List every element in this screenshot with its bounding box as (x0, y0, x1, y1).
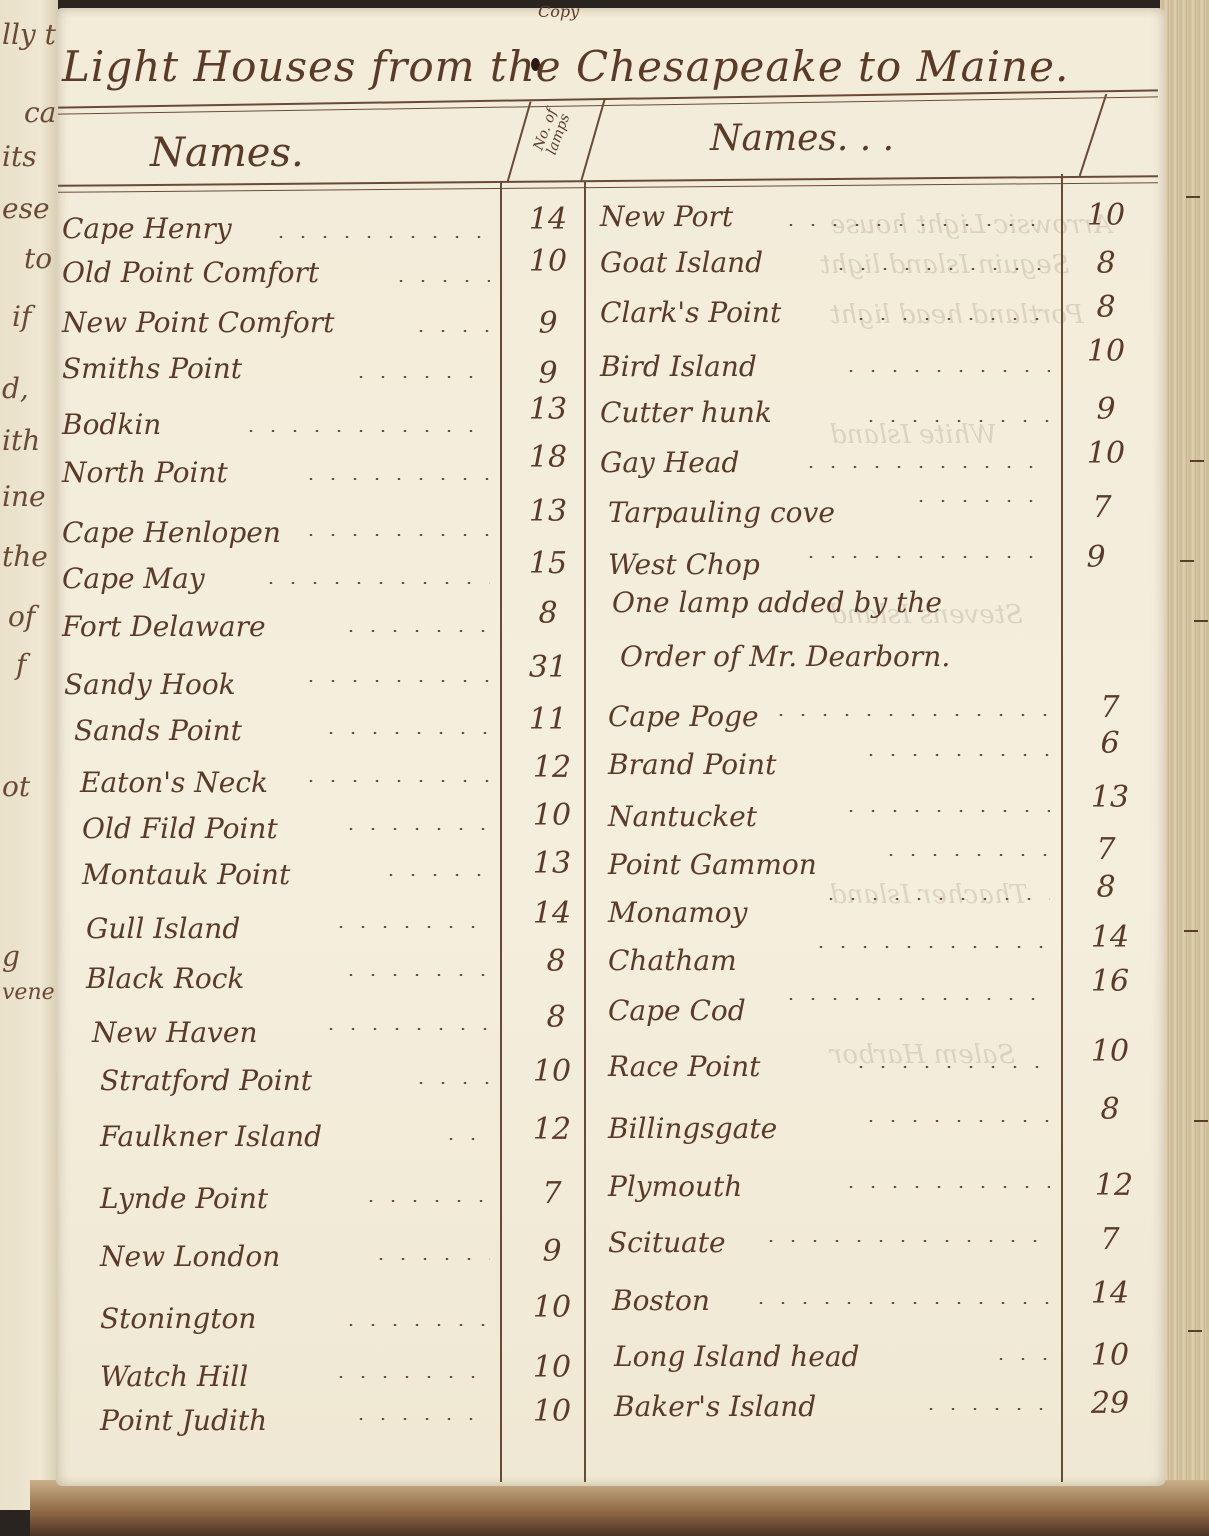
left-row-name: Lynde Point (100, 1182, 268, 1215)
left-row-lamps: 8 (518, 596, 578, 631)
right-row-lamps: 7 (1080, 1222, 1140, 1257)
left-row-name: Faulkner Island (100, 1120, 322, 1153)
right-row-name: Baker's Island (614, 1390, 816, 1423)
right-row-lamps: 7 (1072, 490, 1132, 525)
left-row-name: Old Fild Point (82, 812, 278, 845)
right-row-name: Tarpauling cove (608, 496, 835, 529)
prev-page-text: ith (2, 424, 40, 457)
right-row-lamps: 7 (1076, 832, 1136, 867)
left-row-lamps: 9 (518, 306, 578, 341)
right-row-name: Chatham (608, 944, 737, 977)
left-row-name: North Point (62, 456, 228, 489)
prev-page-text: lly t (2, 18, 56, 51)
right-row-lamps: 10 (1076, 436, 1136, 471)
left-row-lamps: 15 (518, 546, 578, 581)
left-row-lamps: 11 (518, 702, 578, 737)
left-row-name: Sands Point (74, 714, 242, 747)
right-row-name: Race Point (608, 1050, 760, 1083)
left-row-lamps: 10 (522, 1394, 582, 1429)
prev-page-text: d, (2, 372, 29, 405)
right-row-name: Nantucket (608, 800, 757, 833)
right-row-name: Billingsgate (608, 1112, 777, 1145)
right-row-lamps: 10 (1076, 198, 1136, 233)
right-row-lamps: 14 (1080, 1276, 1140, 1311)
right-row-lamps: 12 (1084, 1168, 1144, 1203)
right-row-name: Brand Point (608, 748, 776, 781)
right-row-lamps: 13 (1080, 780, 1140, 815)
right-row-name: Monamoy (608, 896, 747, 929)
left-row-name: New Haven (92, 1016, 257, 1049)
left-row-lamps: 12 (522, 1112, 582, 1147)
prev-page-text: f (16, 648, 26, 681)
right-row-lamps: 10 (1080, 1338, 1140, 1373)
lamps-column-left-rule (500, 182, 502, 1482)
left-row-name: Black Rock (86, 962, 244, 995)
note-line-1: One lamp added by the (612, 586, 942, 619)
prev-page-text: ot (2, 770, 30, 803)
left-row-lamps: 10 (522, 1350, 582, 1385)
right-row-lamps: 16 (1080, 964, 1140, 999)
right-row-lamps: 6 (1080, 726, 1140, 761)
right-row-name: Cutter hunk (600, 396, 772, 429)
left-row-name: Stratford Point (100, 1064, 312, 1097)
right-lamps-column-rule (1061, 174, 1063, 1482)
right-row-name: Goat Island (600, 246, 763, 279)
right-row-name: Gay Head (600, 446, 739, 479)
right-row-lamps: 8 (1076, 246, 1136, 281)
left-row-lamps: 9 (522, 1234, 582, 1269)
left-row-lamps: 13 (518, 494, 578, 529)
previous-page-fragment: lly t ca its ese to if d, ith ine the of… (0, 0, 58, 1510)
prev-page-text: vene (2, 980, 55, 1005)
right-row-lamps: 9 (1066, 540, 1126, 575)
right-row-lamps: 10 (1076, 334, 1136, 369)
left-row-lamps: 8 (526, 944, 586, 979)
right-row-name: Bird Island (600, 350, 757, 383)
right-row-lamps: 8 (1080, 1092, 1140, 1127)
left-row-name: New London (100, 1240, 280, 1273)
left-row-lamps: 13 (522, 846, 582, 881)
right-row-name: West Chop (608, 548, 760, 581)
right-row-lamps: 9 (1076, 392, 1136, 427)
prev-page-text: the (2, 540, 48, 573)
right-row-lamps: 7 (1080, 690, 1140, 725)
lamps-column-right-rule (584, 182, 586, 1482)
left-row-name: Montauk Point (82, 858, 290, 891)
note-line-2: Order of Mr. Dearborn. (620, 640, 950, 673)
left-row-name: Cape May (62, 562, 205, 595)
left-row-name: Stonington (100, 1302, 256, 1335)
left-names-header: Names. (150, 130, 304, 176)
left-row-lamps: 18 (518, 440, 578, 475)
left-row-lamps: 12 (522, 750, 582, 785)
left-row-lamps: 10 (522, 798, 582, 833)
left-row-name: Sandy Hook (64, 668, 236, 701)
right-row-name: Point Gammon (608, 848, 817, 881)
left-row-name: Eaton's Neck (80, 766, 268, 799)
prev-page-text: ese (2, 192, 50, 225)
left-row-name: Cape Henry (62, 212, 232, 245)
prev-page-text: to (24, 242, 52, 275)
left-row-name: Watch Hill (100, 1360, 248, 1393)
right-row-lamps: 8 (1076, 870, 1136, 905)
left-row-lamps: 7 (522, 1176, 582, 1211)
left-row-name: Point Judith (100, 1404, 267, 1437)
left-row-lamps: 10 (522, 1054, 582, 1089)
prev-page-text: its (2, 140, 37, 173)
right-row-name: Cape Cod (608, 994, 746, 1027)
left-row-name: Bodkin (62, 408, 161, 441)
prev-page-text: if (12, 300, 31, 333)
right-row-name: Plymouth (608, 1170, 742, 1203)
left-row-name: Gull Island (86, 912, 240, 945)
left-row-name: New Point Comfort (62, 306, 334, 339)
page-stack-edge (1160, 0, 1209, 1520)
right-row-lamps: 14 (1080, 920, 1140, 955)
left-row-name: Smiths Point (62, 352, 242, 385)
left-row-lamps: 9 (518, 356, 578, 391)
page-title: Light Houses from the Chesapeake to Main… (62, 42, 1069, 91)
prev-page-text: g (2, 940, 20, 973)
right-row-name: Scituate (608, 1226, 726, 1259)
right-row-name: Long Island head (614, 1340, 859, 1373)
prev-page-text: of (8, 600, 35, 633)
page-bottom-stain (30, 1480, 1209, 1536)
left-row-lamps: 31 (518, 650, 578, 685)
right-row-name: Clark's Point (600, 296, 781, 329)
right-row-lamps: 29 (1080, 1386, 1140, 1421)
left-row-lamps: 10 (518, 244, 578, 279)
right-row-name: Cape Poge (608, 700, 759, 733)
right-row-name: Boston (612, 1284, 710, 1317)
left-row-lamps: 13 (518, 392, 578, 427)
left-row-lamps: 8 (526, 1000, 586, 1035)
left-row-name: Cape Henlopen (62, 516, 281, 549)
left-row-name: Old Point Comfort (62, 256, 319, 289)
prev-page-text: ca (24, 96, 56, 129)
right-row-name: New Port (600, 200, 733, 233)
right-row-lamps: 8 (1076, 290, 1136, 325)
left-row-name: Fort Delaware (62, 610, 266, 643)
right-row-lamps: 10 (1080, 1034, 1140, 1069)
prev-page-text: ine (2, 480, 46, 513)
left-row-lamps: 14 (518, 202, 578, 237)
left-row-lamps: 10 (522, 1290, 582, 1325)
left-row-lamps: 14 (522, 896, 582, 931)
right-names-header: Names. . . (710, 118, 894, 159)
copy-annotation: Copy (538, 2, 579, 21)
